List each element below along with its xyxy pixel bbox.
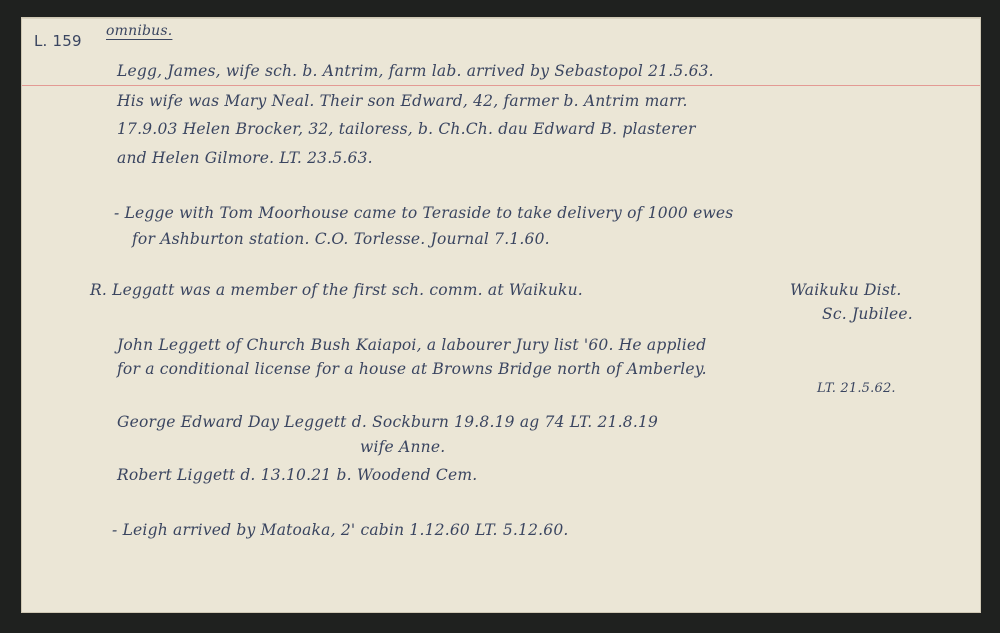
entry-john-leggett-line-1: John Leggett of Church Bush Kaiapoi, a l… [117, 336, 706, 354]
entry-leggatt-source-1: Waikuku Dist. [790, 281, 902, 299]
entry-legg-line-3: 17.9.03 Helen Brocker, 32, tailoress, b.… [117, 120, 696, 138]
card-subject-tag: omnibus. [106, 23, 172, 39]
red-header-rule [22, 85, 980, 86]
entry-john-leggett-source: LT. 21.5.62. [817, 381, 896, 396]
entry-john-leggett-line-2: for a conditional license for a house at… [117, 360, 707, 378]
index-card: L. 159 omnibus. Legg, James, wife sch. b… [22, 18, 980, 612]
entry-legg-line-2: His wife was Mary Neal. Their son Edward… [117, 92, 688, 110]
entry-leggatt-line-1: R. Leggatt was a member of the first sch… [90, 281, 583, 299]
entry-robert-liggett: Robert Liggett d. 13.10.21 b. Woodend Ce… [117, 466, 477, 484]
entry-george-leggett-line-2: wife Anne. [360, 438, 445, 456]
entry-legge-line-2: for Ashburton station. C.O. Torlesse. Jo… [132, 230, 550, 248]
entry-legg-line-1: Legg, James, wife sch. b. Antrim, farm l… [117, 62, 714, 80]
entry-legge-line-1: - Legge with Tom Moorhouse came to Teras… [114, 204, 733, 222]
entry-leigh: - Leigh arrived by Matoaka, 2' cabin 1.1… [112, 521, 569, 539]
entry-legg-line-4: and Helen Gilmore. LT. 23.5.63. [117, 149, 373, 167]
card-reference-number: L. 159 [34, 32, 82, 50]
entry-george-leggett-line-1: George Edward Day Leggett d. Sockburn 19… [117, 413, 658, 431]
entry-leggatt-source-2: Sc. Jubilee. [822, 305, 913, 323]
